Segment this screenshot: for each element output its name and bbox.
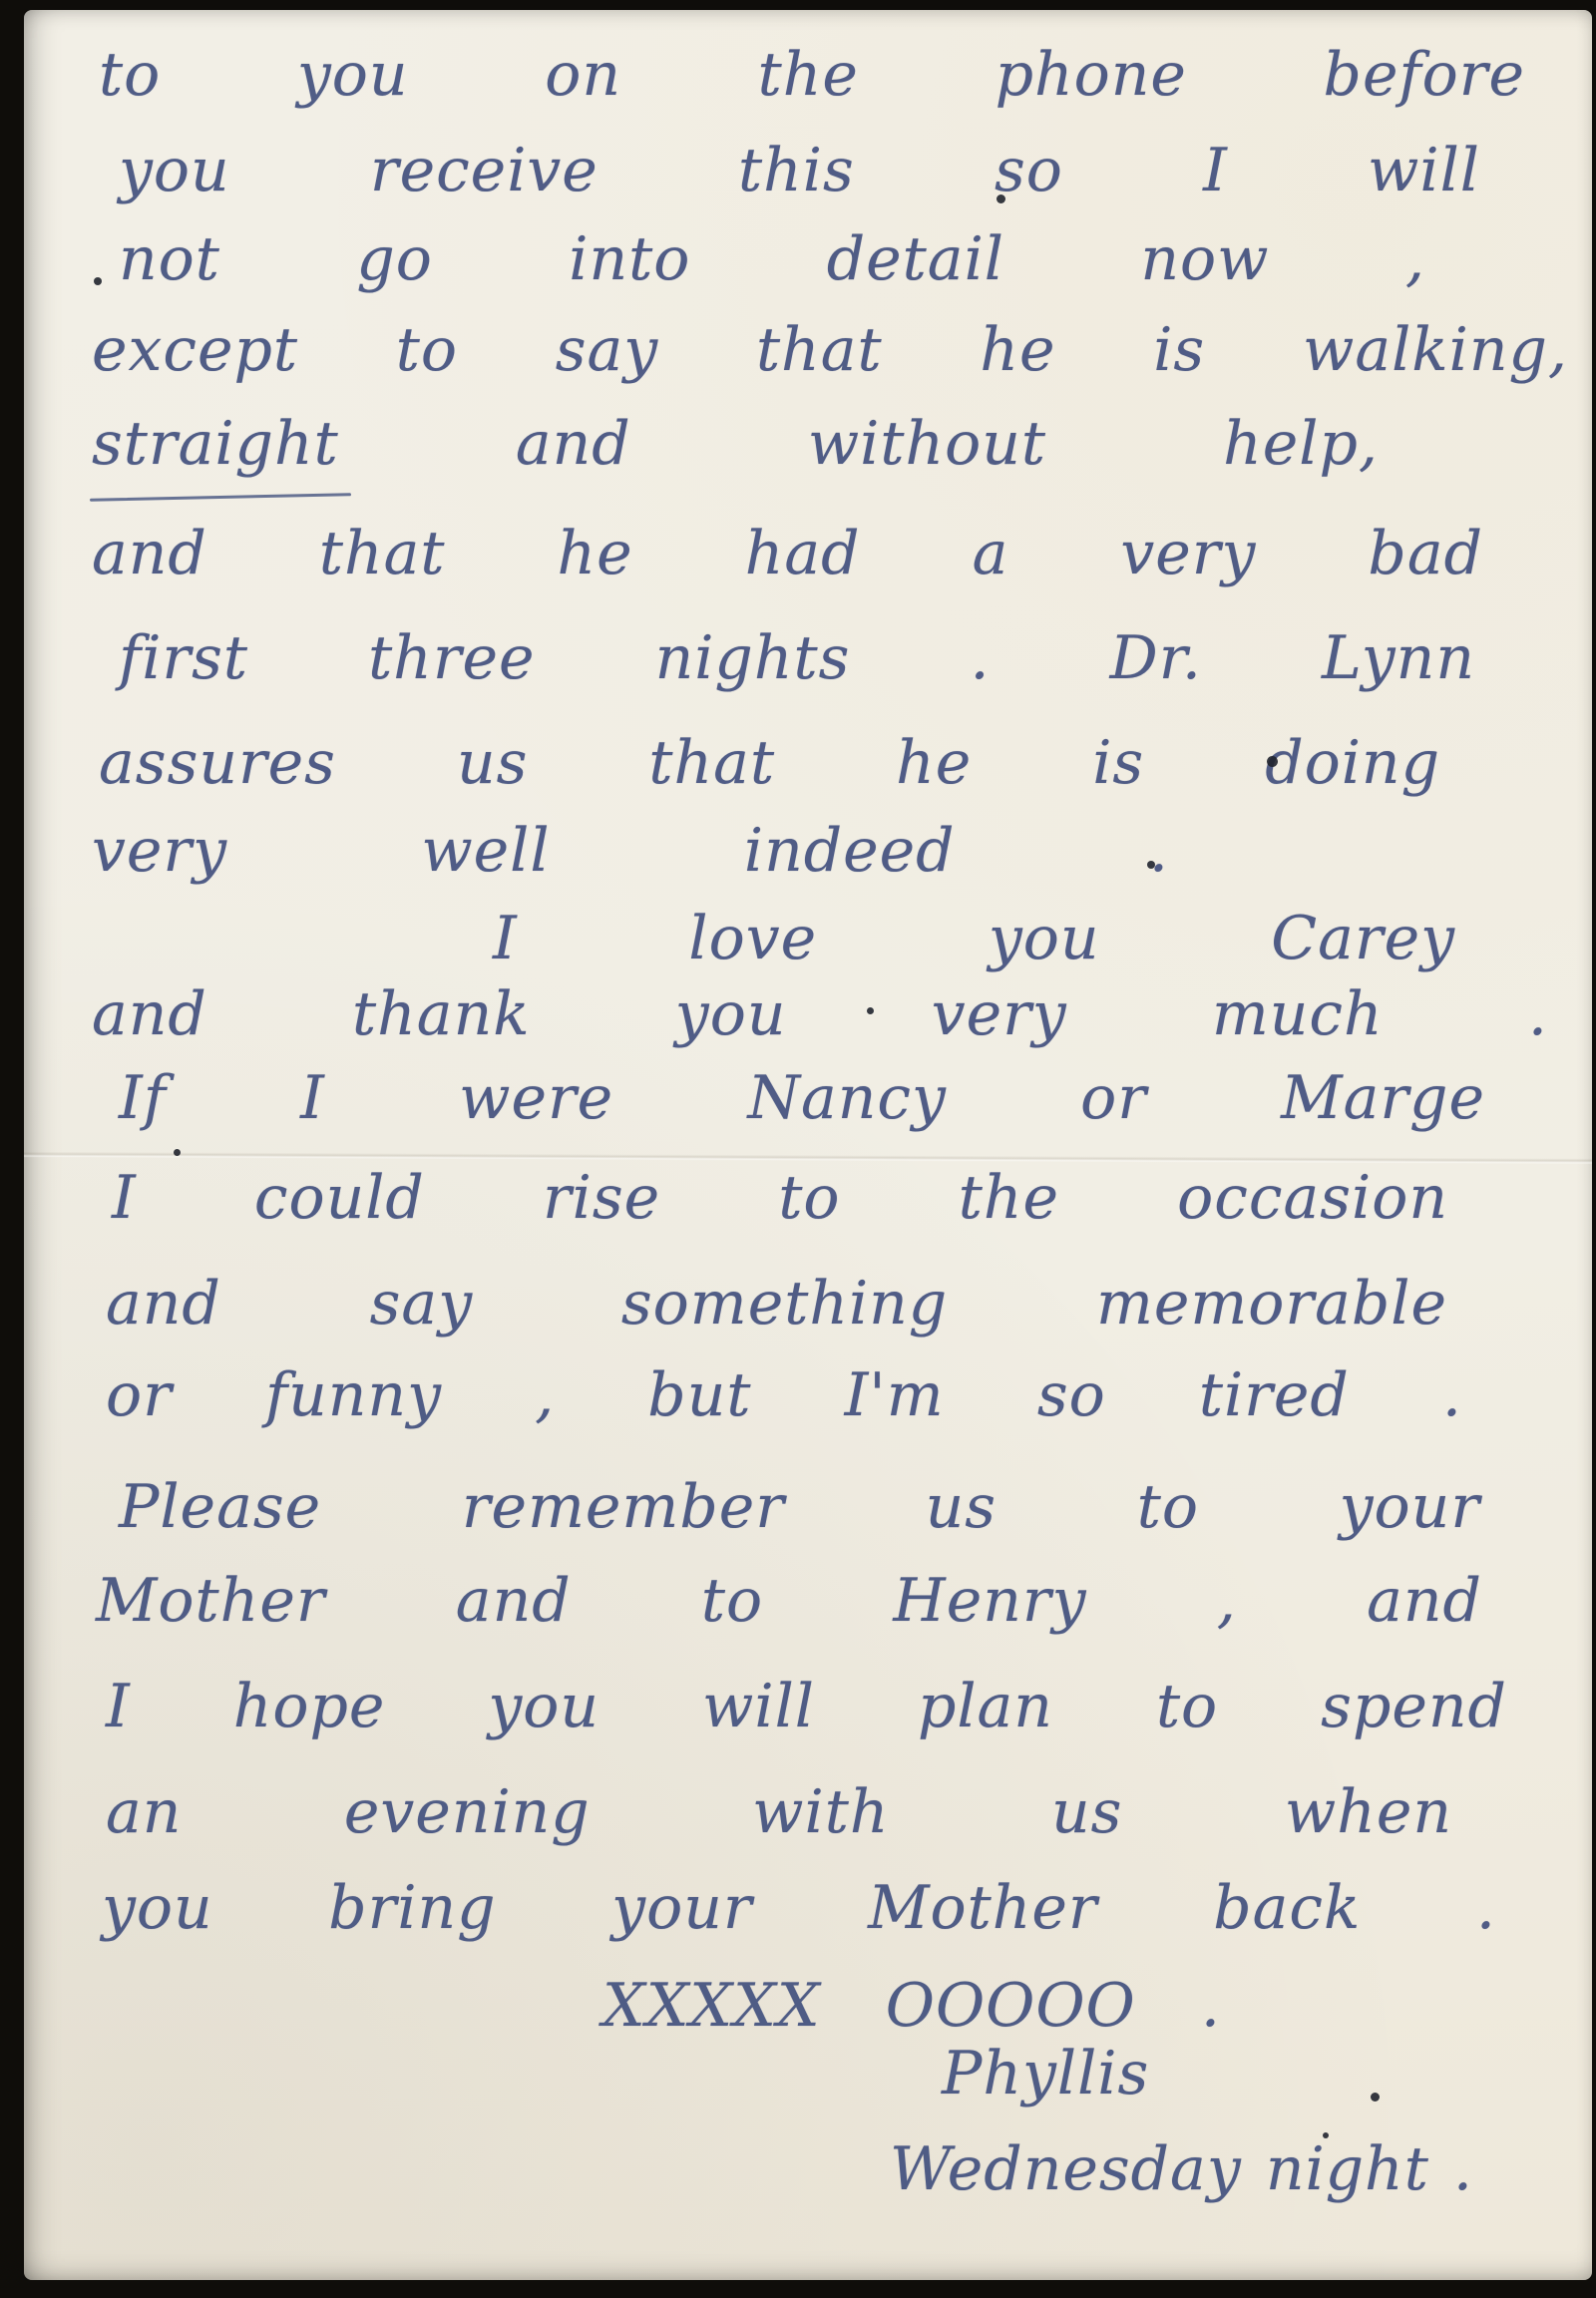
handwritten-word: us [1051, 1777, 1122, 1855]
handwritten-word: that [648, 728, 775, 806]
letter-line-body: firstthreenights.Dr.Lynn [119, 623, 1475, 701]
handwritten-word: you [102, 1873, 213, 1951]
handwritten-word: assures [99, 728, 336, 806]
handwritten-word: OOOOO [886, 1971, 1136, 2049]
letter-body: toyouonthephonebeforeyoureceivethissoIwi… [24, 10, 1592, 2280]
handwritten-word: you [675, 979, 787, 1057]
letter-line-body: Ihopeyouwillplantospend [106, 1672, 1507, 1749]
handwritten-word: Lynn [1322, 623, 1475, 701]
handwritten-word: this [738, 136, 855, 213]
handwritten-word: XXXXX [602, 1971, 821, 2049]
handwritten-word: Henry [893, 1566, 1086, 1644]
handwritten-word: straight [92, 409, 339, 487]
handwritten-word: with [752, 1777, 889, 1855]
handwritten-word: say [556, 315, 658, 393]
handwritten-word: or [1080, 1063, 1147, 1141]
letter-line-body: verywellindeed. [92, 816, 1169, 894]
handwritten-word: and [1367, 1566, 1482, 1644]
handwritten-word: something [621, 1269, 948, 1346]
handwritten-word: will [702, 1672, 815, 1749]
handwritten-word: say [370, 1269, 473, 1346]
handwritten-word: help, [1223, 409, 1379, 487]
handwritten-word: much [1212, 979, 1384, 1057]
handwritten-word: doing [1265, 728, 1440, 806]
handwritten-word: rise [543, 1163, 660, 1241]
handwritten-word: phone [996, 40, 1187, 118]
handwritten-word: first [119, 623, 248, 701]
handwritten-word: Please [119, 1472, 321, 1550]
handwritten-word: very [932, 979, 1067, 1057]
handwritten-word: a [973, 519, 1009, 596]
handwritten-word: now [1140, 224, 1269, 302]
handwritten-word: were [459, 1063, 613, 1141]
handwritten-word: he [896, 728, 972, 806]
handwritten-word: love [688, 904, 817, 981]
handwritten-word: evening [344, 1777, 591, 1855]
handwritten-word: well [421, 816, 550, 894]
scanned-letter-page: toyouonthephonebeforeyoureceivethissoIwi… [0, 0, 1596, 2298]
handwritten-word: . [1149, 816, 1169, 894]
handwritten-word: bad [1368, 519, 1483, 596]
letter-line-body: youbringyourMotherback. [102, 1873, 1496, 1951]
handwritten-word: that [756, 315, 883, 393]
handwritten-word: . [1476, 1873, 1496, 1951]
handwritten-word: I [1203, 136, 1228, 213]
letter-line-body: youreceivethissoIwill [119, 136, 1480, 213]
handwritten-word: . [970, 623, 990, 701]
handwritten-word: very [1120, 519, 1256, 596]
handwritten-word: or [106, 1360, 173, 1438]
handwritten-word: except [92, 315, 298, 393]
letter-line-body: andthankyouverymuch. [92, 979, 1548, 1057]
handwritten-word: to [701, 1566, 763, 1644]
handwritten-word: so [995, 136, 1063, 213]
handwritten-word: occasion [1177, 1163, 1448, 1241]
handwritten-word: I'm [845, 1360, 945, 1438]
handwritten-word: bring [328, 1873, 496, 1951]
letter-line-body: assuresusthatheisdoing [99, 728, 1440, 806]
handwritten-word: three [368, 623, 535, 701]
letter-line-body: notgointodetailnow, [119, 224, 1425, 302]
handwritten-word: . [1442, 1360, 1462, 1438]
handwritten-word: and [92, 979, 207, 1057]
letter-line-body: Pleaserememberustoyour [119, 1472, 1480, 1550]
handwritten-word: us [457, 728, 528, 806]
handwritten-word: funny [265, 1360, 442, 1438]
letter-line-body: aneveningwithuswhen [106, 1777, 1452, 1855]
letter-line-body: straightandwithouthelp, [92, 409, 1379, 487]
letter-line-body: andthathehadaverybad [92, 519, 1483, 596]
handwritten-word: is [1153, 315, 1205, 393]
handwritten-word: Marge [1281, 1063, 1485, 1141]
letter-line-signature: Phyllis [942, 2039, 1149, 2116]
handwritten-word: , [535, 1360, 555, 1438]
handwritten-word: an [106, 1777, 182, 1855]
handwritten-word: walking, [1303, 315, 1568, 393]
handwritten-word: night [1266, 2134, 1429, 2212]
handwritten-word: and [516, 409, 631, 487]
handwritten-word: . [1201, 1971, 1221, 2049]
handwritten-word: will [1368, 136, 1480, 213]
handwritten-word: your [1340, 1472, 1480, 1550]
handwritten-word: indeed [744, 816, 956, 894]
handwritten-word: us [926, 1472, 997, 1550]
handwritten-word: go [356, 224, 433, 302]
letter-paper: toyouonthephonebeforeyoureceivethissoIwi… [24, 10, 1592, 2280]
handwritten-word: you [488, 1672, 599, 1749]
handwritten-word: hope [233, 1672, 386, 1749]
handwritten-word: . [1528, 979, 1548, 1057]
handwritten-word: , [1405, 224, 1425, 302]
handwritten-word: nights [655, 623, 851, 701]
handwritten-word: Mother [868, 1873, 1098, 1951]
letter-line-body: orfunny,butI'msotired. [106, 1360, 1462, 1438]
handwritten-word: he [558, 519, 633, 596]
handwritten-word: remember [462, 1472, 785, 1550]
handwritten-word: I [106, 1672, 131, 1749]
handwritten-word: memorable [1096, 1269, 1447, 1346]
handwritten-word: on [545, 40, 621, 118]
handwritten-word: receive [370, 136, 598, 213]
handwritten-word: so [1037, 1360, 1106, 1438]
handwritten-word: he [980, 315, 1055, 393]
letter-line-body: MotherandtoHenry,and [96, 1566, 1482, 1644]
handwritten-word: Nancy [747, 1063, 946, 1141]
handwritten-word: tired [1199, 1360, 1350, 1438]
handwritten-word: Dr. [1110, 623, 1202, 701]
handwritten-word: to [396, 315, 458, 393]
letter-line-date-note: Wednesdaynight. [890, 2134, 1473, 2212]
handwritten-word: your [611, 1873, 752, 1951]
handwritten-word: , [1217, 1566, 1237, 1644]
handwritten-word: and [456, 1566, 572, 1644]
handwritten-word: Wednesday [890, 2134, 1242, 2212]
handwritten-word: into [569, 224, 690, 302]
letter-line-body: IfIwereNancyorMarge [119, 1063, 1485, 1141]
handwritten-word: to [778, 1163, 840, 1241]
handwritten-word: when [1285, 1777, 1452, 1855]
handwritten-word: you [297, 40, 409, 118]
handwritten-word: had [745, 519, 861, 596]
handwritten-word: If [119, 1063, 167, 1141]
handwritten-word: you [989, 904, 1100, 981]
handwritten-word: not [119, 224, 220, 302]
letter-line-body: Icouldrisetotheoccasion [112, 1163, 1448, 1241]
handwritten-word: . [1453, 2134, 1473, 2212]
handwritten-word: back [1213, 1873, 1361, 1951]
handwritten-word: Mother [96, 1566, 326, 1644]
letter-line-body: toyouonthephonebefore [99, 40, 1525, 118]
handwritten-word: is [1092, 728, 1144, 806]
handwritten-word: and [92, 519, 207, 596]
handwritten-word: the [758, 40, 859, 118]
handwritten-word: could [254, 1163, 425, 1241]
handwritten-word: thank [352, 979, 531, 1057]
letter-line-body: IloveyouCarey [493, 904, 1455, 981]
handwritten-word: I [493, 904, 518, 981]
handwritten-word: spend [1321, 1672, 1507, 1749]
handwritten-word: to [99, 40, 161, 118]
handwritten-word: detail [827, 224, 1004, 302]
letter-line-body: andsaysomethingmemorable [106, 1269, 1447, 1346]
handwritten-word: and [106, 1269, 221, 1346]
handwritten-word: without [808, 409, 1046, 487]
letter-line-kisses-hugs: XXXXXOOOOO. [602, 1971, 1221, 2049]
handwritten-word: plan [918, 1672, 1053, 1749]
handwritten-word: you [119, 136, 230, 213]
handwritten-word: to [1156, 1672, 1218, 1749]
handwritten-word: I [112, 1163, 137, 1241]
handwritten-word: but [647, 1360, 751, 1438]
handwritten-word: Carey [1271, 904, 1455, 981]
letter-line-body: excepttosaythatheiswalking, [92, 315, 1568, 393]
handwritten-word: very [92, 816, 227, 894]
handwritten-word: to [1137, 1472, 1199, 1550]
handwritten-word: I [300, 1063, 325, 1141]
handwritten-word: before [1324, 40, 1525, 118]
handwritten-word: Phyllis [942, 2039, 1149, 2108]
handwritten-word: the [959, 1163, 1059, 1241]
handwritten-word: that [319, 519, 446, 596]
